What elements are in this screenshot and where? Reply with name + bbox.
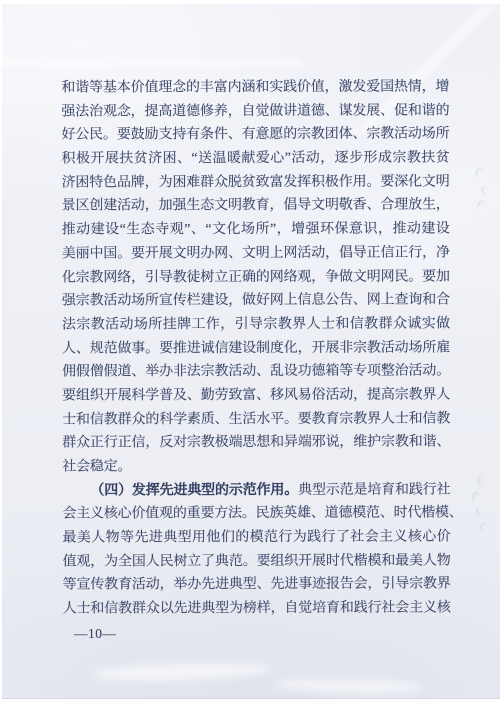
text-line: 好公民。要鼓励支持有条件、有意愿的宗教团体、宗教活动场所 <box>61 123 449 148</box>
text-line: 景区创建活动，加强生态文明教育，倡导文明敬香、合理放生， <box>62 194 450 219</box>
text-line: 美丽中国。要开展文明办网、文明上网活动，倡导正信正行，净 <box>62 241 450 266</box>
scan-light-streak <box>2 56 302 70</box>
text-line: 人、规范做事。要推进诚信建设制度化，开展非宗教活动场所雇 <box>62 336 450 361</box>
text-line: 人士和信教群众以先进典型为榜样，自觉培育和践行社会主义核 <box>63 597 451 622</box>
text-line: 强法治观念，提高道德修养，自觉做讲道德、谋发展、促和谐的 <box>61 99 449 124</box>
section-4-heading: （四）发挥先进典型的示范作用。 <box>90 483 298 499</box>
text-line: 最美人物等先进典型用他们的模范行为践行了社会主义核心价 <box>62 526 450 551</box>
text-line: 强宗教活动场所宣传栏建设，做好网上信息公告、网上查询和合 <box>62 289 450 314</box>
page-number: —10— <box>74 624 117 644</box>
document-body-text: 和谐等基本价值理念的丰富内涵和实践价值，激发爱国热情，增 强法治观念，提高道德修… <box>61 75 450 621</box>
text-line: 值观，为全国人民树立了典范。要组织开展时代楷模和最美人物 <box>63 549 451 574</box>
scanned-document-page: { "colors": { "paper": "#edeff5", "ink":… <box>0 0 500 707</box>
text-line: 化宗教网络，引导教徒树立正确的网络观，争做文明网民。要加 <box>62 265 450 290</box>
text-line: 士和信教群众的科学素质、生活水平。要教育宗教界人士和信教 <box>62 407 450 432</box>
text-line: 等宣传教育活动，举办先进典型、先进事迹报告会，引导宗教界 <box>63 573 451 598</box>
text-line: 会主义核心价值观的重要方法。民族英雄、道德模范、时代楷模、 <box>62 502 450 527</box>
paper-wrinkle <box>92 661 272 683</box>
text-line: 和谐等基本价值理念的丰富内涵和实践价值，激发爱国热情，增 <box>61 75 449 100</box>
text-line: 要组织开展科学普及、勤劳致富、移风易俗活动，提高宗教界人 <box>62 383 450 408</box>
text-line-paragraph-end: 社会稳定。 <box>62 454 450 479</box>
text-line: 推动建设“生态寺观”、“文化场所”，增强环保意识，推动建设 <box>62 218 450 243</box>
section-4-lead-text: 典型示范是培育和践行社 <box>298 482 450 497</box>
text-line: 济困特色品牌，为困难群众脱贫致富发挥积极作用。要深化文明 <box>62 170 450 195</box>
text-line-section-heading: （四）发挥先进典型的示范作用。典型示范是培育和践行社 <box>62 478 450 503</box>
text-line: 群众正行正信，反对宗教极端思想和异端邪说，维护宗教和谐、 <box>62 431 450 456</box>
text-line: 法宗教活动场所挂牌工作，引导宗教界人士和信教群众诚实做 <box>62 312 450 337</box>
text-line: 佣假僧假道、举办非法宗教活动、乱设功德箱等专项整治活动。 <box>62 360 450 385</box>
text-line: 积极开展扶贫济困、“送温暖献爱心”活动，逐步形成宗教扶贫 <box>61 147 449 172</box>
paper-wrinkle <box>272 678 422 694</box>
